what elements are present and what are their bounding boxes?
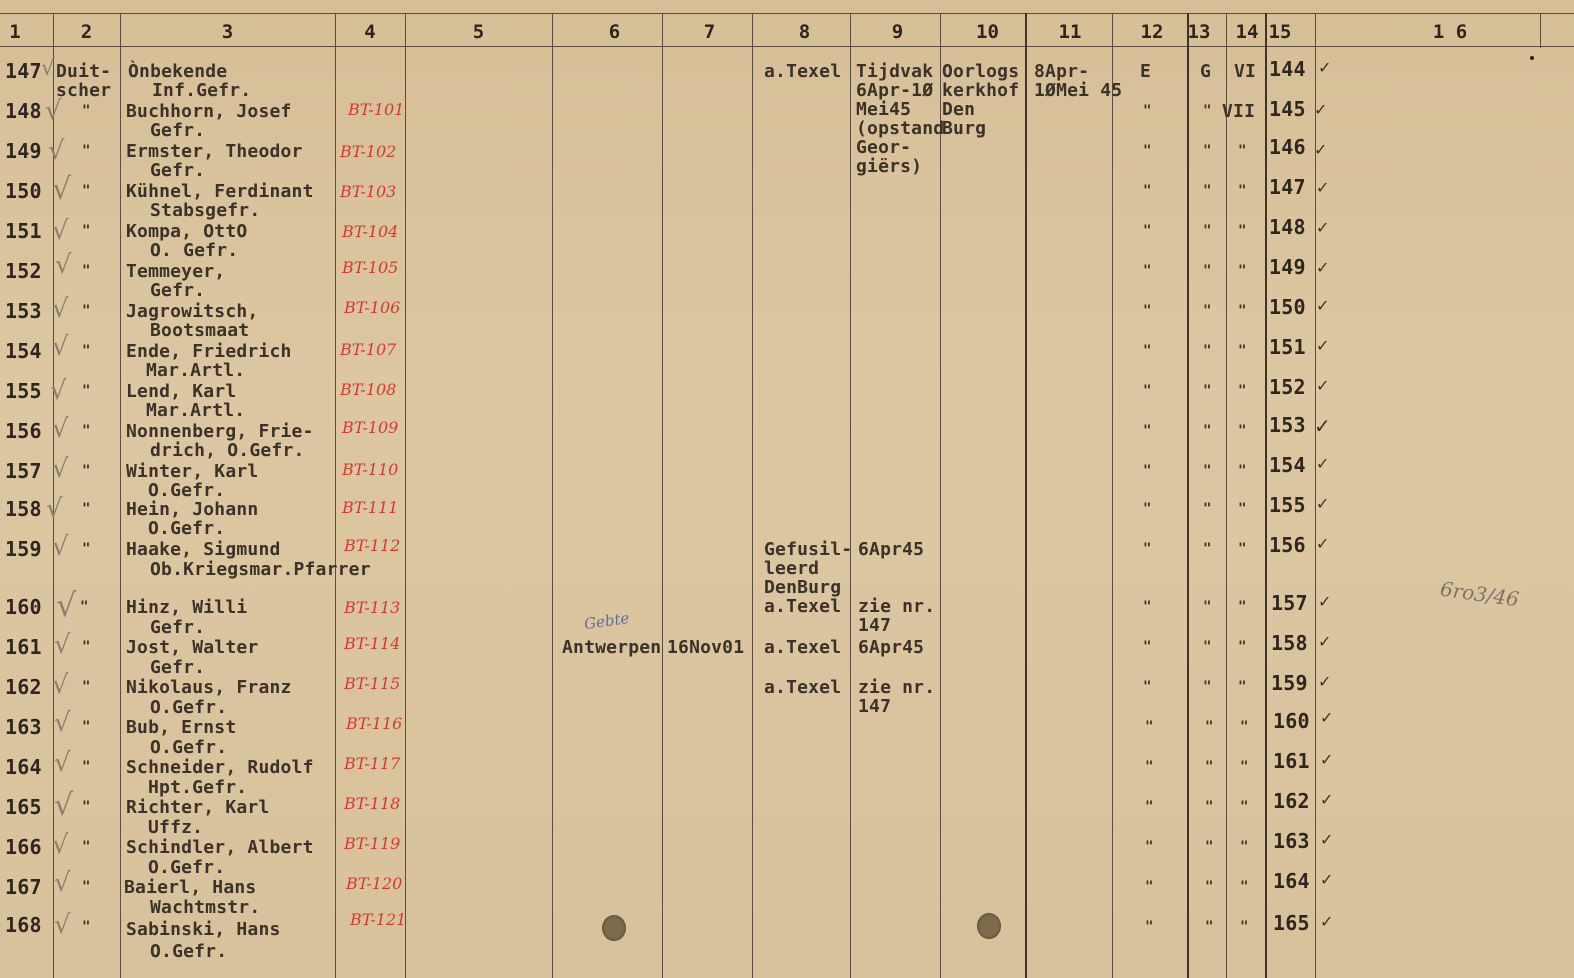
check-mark-icon: √ — [52, 532, 69, 562]
rank: Gefr. — [150, 658, 205, 677]
tick-mark-icon: ✓ — [1320, 912, 1333, 931]
tick-mark-icon: ✓ — [1316, 454, 1329, 473]
rank: Wachtmstr. — [150, 898, 260, 917]
col-divider — [850, 13, 851, 978]
tick-mark-icon: ✓ — [1316, 376, 1329, 395]
entry-number: 150 — [5, 182, 42, 201]
check-mark-icon: √ — [54, 748, 71, 778]
col14: " — [1238, 222, 1247, 241]
col13: " — [1203, 222, 1212, 241]
check-mark-icon: √ — [55, 250, 72, 280]
col14: VII — [1222, 102, 1255, 121]
entry-number: 155 — [5, 382, 42, 401]
col15-number: 150 — [1269, 298, 1306, 317]
col-header-3: 3 — [120, 18, 335, 46]
cemetery-col10: Oorlogs kerkhof Den Burg — [942, 62, 1019, 138]
check-mark-icon: √ — [52, 414, 69, 444]
rank: Gefr. — [150, 281, 205, 300]
check-mark-icon: √ — [54, 868, 71, 898]
name: Jost, Walter — [126, 638, 258, 657]
col-divider — [1025, 13, 1027, 978]
tick-mark-icon: ✓ — [1320, 750, 1333, 769]
rank: Gefr. — [150, 121, 205, 140]
place-col8: a.Texel — [764, 678, 841, 697]
margin-pencil-note: 6ro3/46 — [1439, 577, 1521, 612]
tick-mark-icon: ✓ — [1318, 592, 1331, 611]
grave-code: BT-105 — [342, 258, 398, 277]
rank: Bootsmaat — [150, 321, 249, 340]
col14: " — [1240, 718, 1249, 737]
check-mark-icon: √ — [52, 172, 71, 207]
entry-number: 162 — [5, 678, 42, 697]
nationality: Duit- scher — [56, 62, 111, 100]
col14: " — [1238, 182, 1247, 201]
col13: " — [1203, 422, 1212, 441]
rank: O.Gefr. — [148, 519, 225, 538]
col-header-11: 11 — [1025, 18, 1115, 46]
col-header-5: 5 — [405, 18, 552, 46]
grave-code: BT-119 — [344, 834, 400, 853]
entry-number: 147 — [5, 62, 42, 81]
col13: " — [1205, 758, 1214, 777]
col15-number: 152 — [1269, 378, 1306, 397]
col14: " — [1238, 302, 1247, 321]
entry-number: 154 — [5, 342, 42, 361]
col13: " — [1203, 102, 1212, 121]
col13: " — [1205, 798, 1214, 817]
grave-code: BT-108 — [340, 380, 396, 399]
nationality-ditto: " — [82, 758, 91, 777]
entry-number: 157 — [5, 462, 42, 481]
col12: " — [1143, 500, 1152, 519]
handwritten-note: Gebte — [583, 609, 630, 633]
grave-code: BT-102 — [340, 142, 396, 161]
col15-number: 162 — [1273, 792, 1310, 811]
rank: Gefr. — [150, 161, 205, 180]
col12: " — [1143, 222, 1152, 241]
col-header-8: 8 — [752, 18, 857, 46]
nationality-ditto: " — [82, 222, 91, 241]
place-col8: a.Texel — [764, 597, 841, 616]
entry-number: 168 — [5, 916, 42, 935]
col-divider — [1112, 13, 1113, 978]
col15-number: 154 — [1269, 456, 1306, 475]
col14: " — [1238, 342, 1247, 361]
check-mark-icon: √ — [48, 136, 65, 166]
tick-mark-icon: ✓ — [1318, 58, 1331, 77]
check-mark-icon: √ — [50, 376, 67, 406]
name: Hinz, Willi — [126, 598, 247, 617]
nationality-ditto: " — [82, 798, 91, 817]
col12: " — [1143, 422, 1152, 441]
nationality-ditto: " — [82, 262, 91, 281]
col12: " — [1143, 262, 1152, 281]
name: Ònbekende — [128, 62, 227, 81]
rank: Gefr. — [150, 618, 205, 637]
col13: " — [1203, 678, 1212, 697]
nationality-ditto: " — [82, 102, 91, 121]
check-mark-icon: √ — [54, 630, 71, 660]
col13: " — [1205, 878, 1214, 897]
nationality-ditto: " — [82, 638, 91, 657]
name: Winter, Karl — [126, 462, 258, 481]
check-mark-icon: √ — [52, 454, 69, 484]
col12: " — [1145, 878, 1154, 897]
grave-code: BT-107 — [340, 340, 396, 359]
col12: " — [1145, 918, 1154, 937]
col-header-9: 9 — [850, 18, 945, 46]
col15-number: 153 — [1269, 416, 1306, 435]
nationality-ditto: " — [82, 678, 91, 697]
rank: O. Gefr. — [150, 241, 238, 260]
tick-mark-icon: ✓ — [1320, 830, 1333, 849]
col12: " — [1143, 462, 1152, 481]
nationality-ditto: " — [80, 598, 89, 617]
date-col11: 8Apr- 1ØMei 45 — [1034, 62, 1122, 100]
col12: " — [1143, 102, 1152, 121]
entry-number: 161 — [5, 638, 42, 657]
check-mark-icon: √ — [52, 294, 69, 324]
col13: " — [1203, 598, 1212, 617]
rank: O.Gefr. — [150, 942, 227, 961]
grave-code: BT-110 — [342, 460, 398, 479]
punch-hole — [977, 913, 1001, 939]
col12: " — [1145, 718, 1154, 737]
nationality-ditto: " — [82, 462, 91, 481]
name: Nikolaus, Franz — [126, 678, 292, 697]
col14: " — [1238, 500, 1247, 519]
name: Bub, Ernst — [126, 718, 236, 737]
col15-number: 159 — [1271, 674, 1308, 693]
entry-number: 156 — [5, 422, 42, 441]
col-header-7: 7 — [662, 18, 757, 46]
col13: " — [1203, 302, 1212, 321]
tick-mark-icon: ✓ — [1314, 100, 1327, 119]
tick-mark-icon: ✓ — [1316, 534, 1329, 553]
rank: O.Gefr. — [150, 698, 227, 717]
birthplace-col6: Antwerpen — [562, 638, 661, 657]
col13: " — [1205, 918, 1214, 937]
nationality-ditto: " — [82, 838, 91, 857]
col13: " — [1203, 638, 1212, 657]
entry-number: 153 — [5, 302, 42, 321]
col12: " — [1143, 142, 1152, 161]
place-col8: a.Texel — [764, 638, 841, 657]
grave-code: BT-120 — [346, 874, 402, 893]
name: Lend, Karl — [126, 382, 236, 401]
nationality-ditto: " — [82, 422, 91, 441]
col13: " — [1203, 342, 1212, 361]
date-col9: 6Apr45 — [858, 540, 924, 559]
col14: VI — [1234, 62, 1256, 81]
grave-code: BT-113 — [344, 598, 400, 617]
nationality-ditto: " — [82, 540, 91, 559]
col-header-14: 14 — [1228, 18, 1266, 46]
date-col9: 6Apr45 — [858, 638, 924, 657]
col14: " — [1240, 758, 1249, 777]
name: Sabinski, Hans — [126, 920, 281, 939]
name: Kompa, OttO — [126, 222, 247, 241]
col13: " — [1203, 182, 1212, 201]
rank: Ob.Kriegsmar.Pfarrer — [150, 560, 371, 579]
entry-number: 164 — [5, 758, 42, 777]
col14: " — [1238, 142, 1247, 161]
check-mark-icon: √ — [54, 910, 71, 940]
col-divider — [552, 13, 553, 978]
rank: Inf.Gefr. — [152, 81, 251, 100]
name: Buchhorn, Josef — [126, 102, 292, 121]
tick-mark-icon: ✓ — [1320, 790, 1333, 809]
entry-number: 149 — [5, 142, 42, 161]
col-header-1: 1 — [0, 18, 30, 46]
place-col8: Gefusil- leerd DenBurg — [764, 540, 852, 597]
tick-mark-icon: ✓ — [1316, 218, 1329, 237]
name: Schindler, Albert — [126, 838, 314, 857]
col13: " — [1203, 142, 1212, 161]
col12: " — [1143, 638, 1152, 657]
col-divider — [335, 13, 336, 978]
col14: " — [1240, 878, 1249, 897]
reference-col9: zie nr. 147 — [858, 597, 935, 635]
col-header-16: 1 6 — [1410, 18, 1490, 46]
check-mark-icon: √ — [45, 96, 62, 126]
col-header-2: 2 — [53, 18, 120, 46]
col15-number: 146 — [1269, 138, 1306, 157]
col14: " — [1240, 798, 1249, 817]
punch-hole — [602, 915, 626, 941]
rank: O.Gefr. — [148, 481, 225, 500]
col-divider — [1226, 13, 1227, 978]
col-header-6: 6 — [552, 18, 677, 46]
name: Schneider, Rudolf — [126, 758, 314, 777]
col-header-4: 4 — [335, 18, 405, 46]
nationality-ditto: " — [82, 718, 91, 737]
col15-number: 145 — [1269, 100, 1306, 119]
entry-number: 167 — [5, 878, 42, 897]
check-mark-icon: √ — [52, 216, 69, 246]
col-divider — [1187, 13, 1189, 978]
tick-mark-icon: ✓ — [1316, 336, 1329, 355]
col14: " — [1238, 540, 1247, 559]
entry-number: 165 — [5, 798, 42, 817]
rank: Hpt.Gefr. — [148, 778, 247, 797]
col15-number: 164 — [1273, 872, 1310, 891]
entry-number: 148 — [5, 102, 42, 121]
check-mark-icon: √ — [46, 494, 63, 524]
grave-code: BT-103 — [340, 182, 396, 201]
grave-code: BT-112 — [344, 536, 400, 555]
col12: " — [1145, 838, 1154, 857]
col15-number: 160 — [1273, 712, 1310, 731]
top-rule — [0, 13, 1574, 14]
col13: " — [1205, 718, 1214, 737]
col12: E — [1140, 62, 1151, 81]
col14: " — [1238, 598, 1247, 617]
nationality-ditto: " — [82, 382, 91, 401]
tick-mark-icon: ✓ — [1316, 258, 1329, 277]
entry-number: 163 — [5, 718, 42, 737]
col12: " — [1145, 758, 1154, 777]
col13: " — [1203, 262, 1212, 281]
col15-number: 161 — [1273, 752, 1310, 771]
col-header-10: 10 — [940, 18, 1035, 46]
col15-number: 147 — [1269, 178, 1306, 197]
name: Richter, Karl — [126, 798, 269, 817]
nationality-ditto: " — [82, 142, 91, 161]
col13: " — [1203, 462, 1212, 481]
col-header-15: 15 — [1264, 18, 1296, 46]
name: Jagrowitsch, — [126, 302, 258, 321]
col-divider — [1540, 13, 1541, 48]
col14: " — [1240, 838, 1249, 857]
col14: " — [1238, 262, 1247, 281]
reference-col9: zie nr. 147 — [858, 678, 935, 716]
entry-number: 152 — [5, 262, 42, 281]
header-rule — [0, 46, 1574, 47]
col14: " — [1238, 638, 1247, 657]
col15-number: 155 — [1269, 496, 1306, 515]
col-divider — [1265, 13, 1267, 978]
rank: Uffz. — [148, 818, 203, 837]
grave-code: BT-117 — [344, 754, 400, 773]
col-divider — [662, 13, 663, 978]
col13: " — [1203, 382, 1212, 401]
col15-number: 165 — [1273, 914, 1310, 933]
tick-mark-icon: ✓ — [1320, 708, 1333, 727]
tick-mark-icon: ✓ — [1318, 672, 1331, 691]
col13: " — [1203, 500, 1212, 519]
col12: " — [1143, 302, 1152, 321]
tick-mark-icon: ✓ — [1314, 414, 1331, 438]
col-divider — [752, 13, 753, 978]
col13: " — [1203, 540, 1212, 559]
rank: Mar.Artl. — [146, 401, 245, 420]
period-col9: Tijdvak 6Apr-1Ø Mei45 (opstand Geor- gië… — [856, 62, 944, 176]
name: Ermster, Theodor — [126, 142, 303, 161]
tick-mark-icon: ✓ — [1316, 296, 1329, 315]
name: Nonnenberg, Frie- — [126, 422, 314, 441]
check-mark-icon: √ — [56, 586, 76, 624]
place-col8: a.Texel — [764, 62, 841, 81]
col15-number: 158 — [1271, 634, 1308, 653]
grave-code: BT-101 — [348, 100, 404, 119]
ink-speck — [1530, 56, 1534, 60]
check-mark-icon: √ — [52, 670, 69, 700]
nationality-ditto: " — [82, 182, 91, 201]
nationality-ditto: " — [82, 878, 91, 897]
entry-number: 166 — [5, 838, 42, 857]
col15-number: 156 — [1269, 536, 1306, 555]
grave-code: BT-104 — [342, 222, 398, 241]
entry-number: 159 — [5, 540, 42, 559]
grave-code: BT-114 — [344, 634, 400, 653]
grave-code: BT-115 — [344, 674, 400, 693]
tick-mark-icon: ✓ — [1316, 494, 1329, 513]
col13: " — [1205, 838, 1214, 857]
col-header-13: 13 — [1185, 18, 1213, 46]
rank: O.Gefr. — [150, 738, 227, 757]
check-mark-icon: √ — [54, 788, 73, 823]
name: Haake, Sigmund — [126, 540, 281, 559]
grave-code: BT-109 — [342, 418, 398, 437]
col-header-12: 12 — [1112, 18, 1192, 46]
entry-number: 151 — [5, 222, 42, 241]
nationality-ditto: " — [82, 302, 91, 321]
rank: Mar.Artl. — [146, 361, 245, 380]
col15-number: 157 — [1271, 594, 1308, 613]
check-mark-icon: √ — [41, 56, 55, 81]
tick-mark-icon: ✓ — [1314, 140, 1327, 159]
entry-number: 160 — [5, 598, 42, 617]
col14: " — [1238, 382, 1247, 401]
birthdate-col7: 16Nov01 — [667, 638, 744, 657]
col12: " — [1145, 798, 1154, 817]
nationality-ditto: " — [82, 500, 91, 519]
col15-number: 148 — [1269, 218, 1306, 237]
rank: drich, O.Gefr. — [150, 441, 305, 460]
col14: " — [1240, 918, 1249, 937]
tick-mark-icon: ✓ — [1320, 870, 1333, 889]
col14: " — [1238, 462, 1247, 481]
col12: " — [1143, 678, 1152, 697]
col15-number: 144 — [1269, 60, 1306, 79]
tick-mark-icon: ✓ — [1316, 178, 1329, 197]
col12: " — [1143, 182, 1152, 201]
col12: " — [1143, 598, 1152, 617]
grave-code: BT-118 — [344, 794, 400, 813]
rank: O.Gefr. — [148, 858, 225, 877]
check-mark-icon: √ — [52, 332, 69, 362]
col15-number: 163 — [1273, 832, 1310, 851]
col12: " — [1143, 540, 1152, 559]
grave-code: BT-121 — [350, 910, 406, 929]
entry-number: 158 — [5, 500, 42, 519]
col-divider — [120, 13, 121, 978]
rank: Stabsgefr. — [150, 201, 260, 220]
grave-code: BT-116 — [346, 714, 402, 733]
name: Temmeyer, — [126, 262, 225, 281]
col15-number: 149 — [1269, 258, 1306, 277]
grave-code: BT-106 — [344, 298, 400, 317]
col13: G — [1200, 62, 1211, 81]
name: Kühnel, Ferdinant — [126, 182, 314, 201]
name: Hein, Johann — [126, 500, 258, 519]
col14: " — [1238, 678, 1247, 697]
col15-number: 151 — [1269, 338, 1306, 357]
nationality-ditto: " — [82, 342, 91, 361]
ledger-page: 1 2 3 4 5 6 7 8 9 10 11 12 13 14 15 1 6 … — [0, 0, 1574, 978]
grave-code: BT-111 — [342, 498, 398, 517]
col14: " — [1238, 422, 1247, 441]
nationality-ditto: " — [82, 918, 91, 937]
tick-mark-icon: ✓ — [1318, 632, 1331, 651]
col12: " — [1143, 382, 1152, 401]
check-mark-icon: √ — [52, 830, 69, 860]
name: Ende, Friedrich — [126, 342, 292, 361]
col12: " — [1143, 342, 1152, 361]
col-divider — [405, 13, 406, 978]
check-mark-icon: √ — [54, 708, 71, 738]
name: Baierl, Hans — [124, 878, 256, 897]
